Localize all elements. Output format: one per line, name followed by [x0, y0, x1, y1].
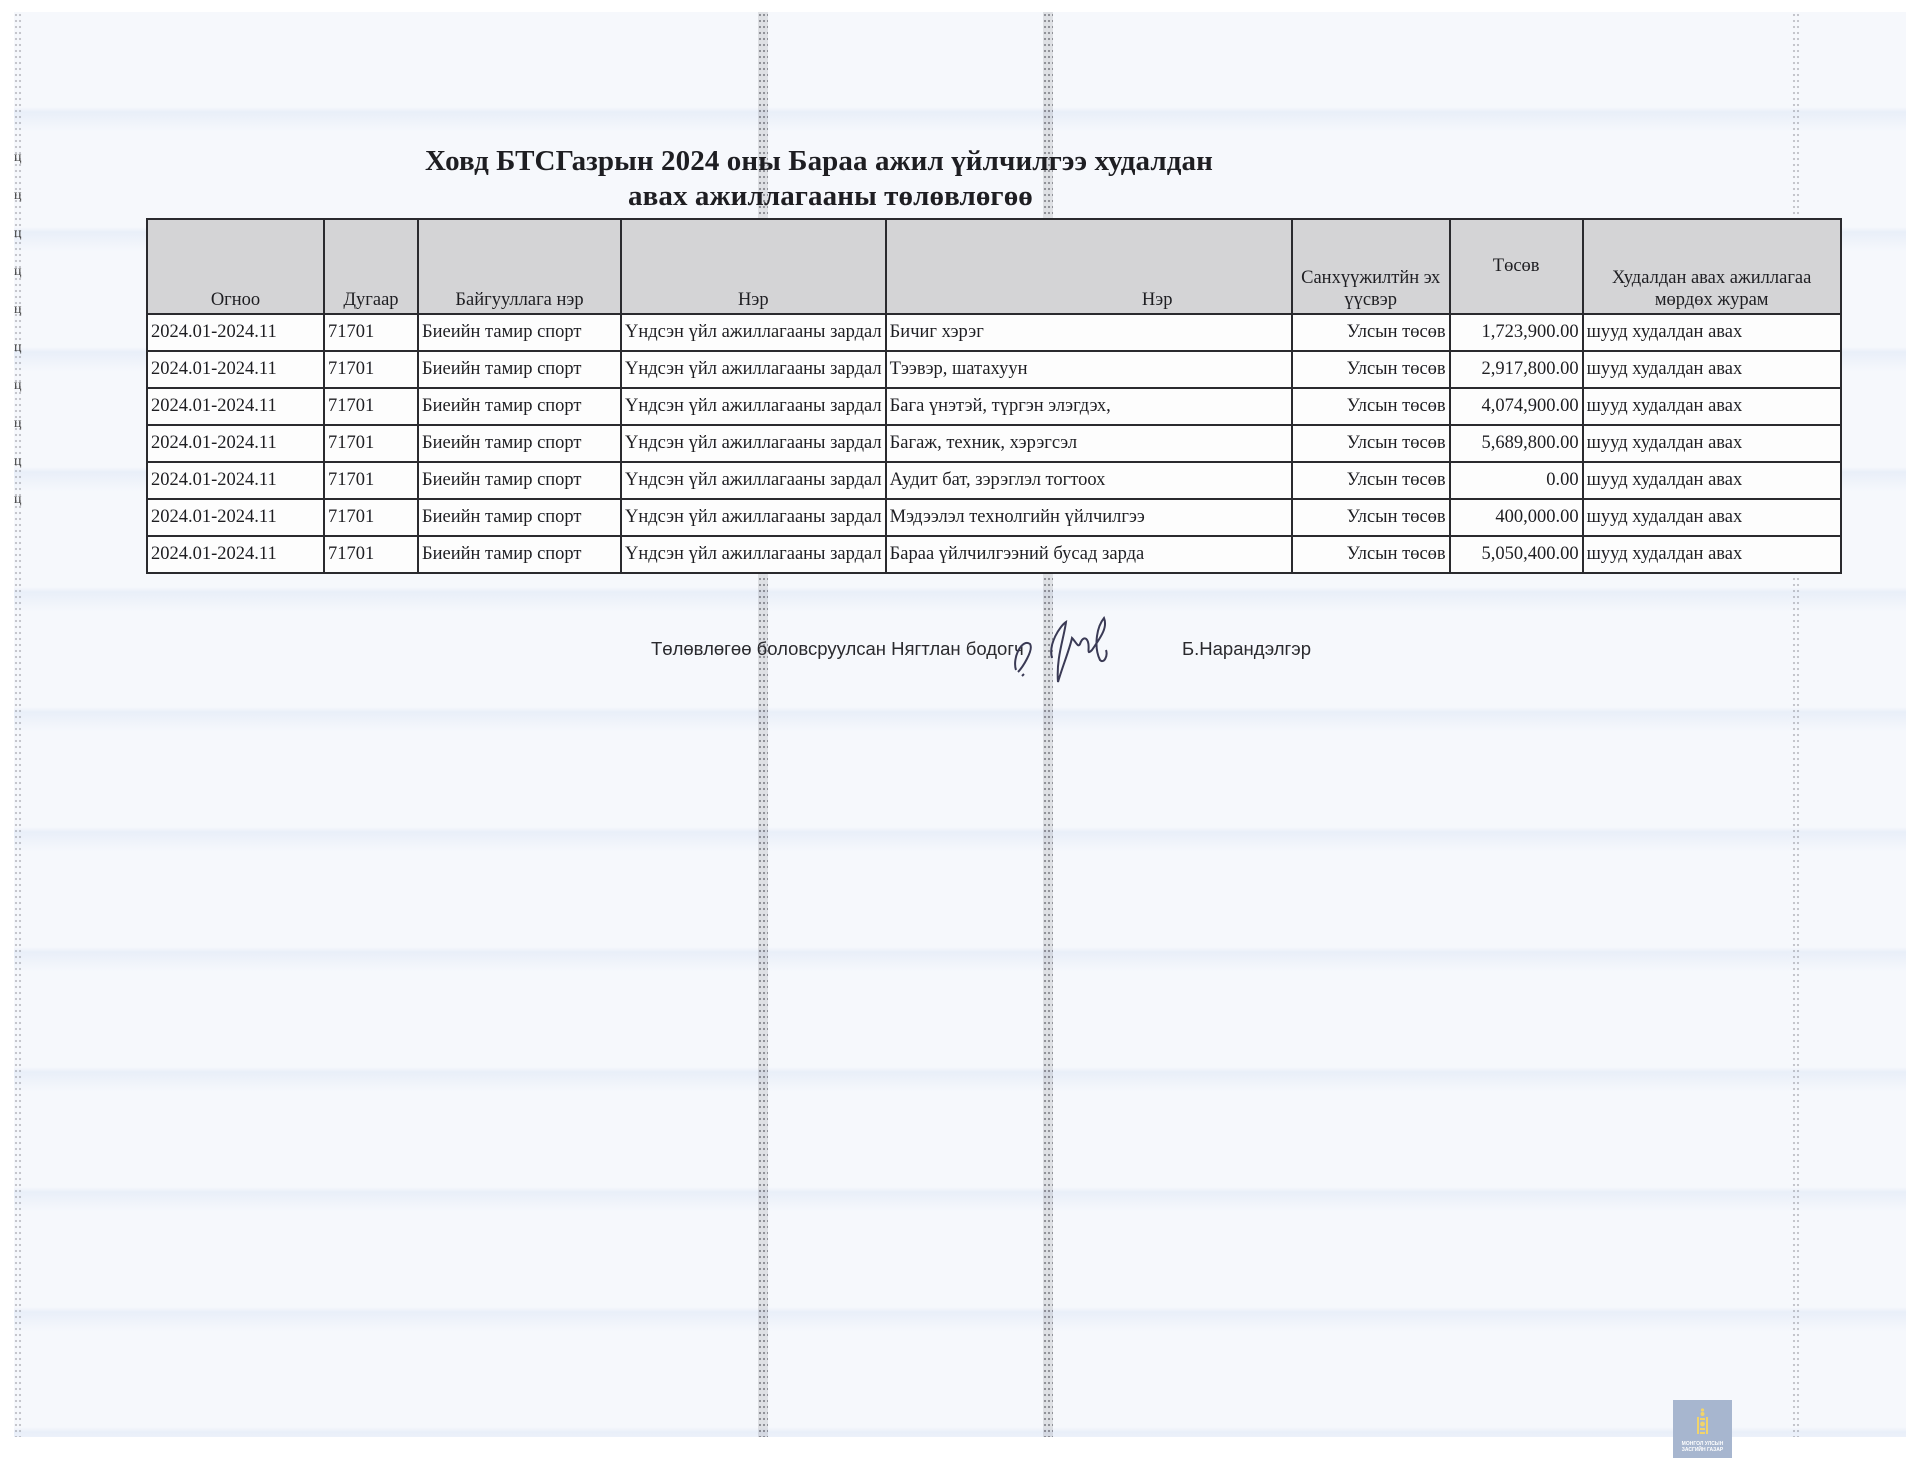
cell-number: 71701 [324, 351, 418, 388]
cell-number: 71701 [324, 425, 418, 462]
table-row: 2024.01-2024.1171701Биеийн тамир спортҮн… [147, 314, 1841, 351]
cell-number: 71701 [324, 536, 418, 573]
cell-expense-name: Үндсэн үйл ажиллагааны зардал [621, 499, 886, 536]
cell-procurement-method: шууд худалдан авах [1583, 536, 1841, 573]
cell-number: 71701 [324, 388, 418, 425]
cell-procurement-method: шууд худалдан авах [1583, 314, 1841, 351]
table-row: 2024.01-2024.1171701Биеийн тамир спортҮн… [147, 536, 1841, 573]
cell-budget: 2,917,800.00 [1450, 351, 1583, 388]
cell-date: 2024.01-2024.11 [147, 462, 324, 499]
cell-organization: Биеийн тамир спорт [418, 314, 621, 351]
table-row: 2024.01-2024.1171701Биеийн тамир спортҮн… [147, 351, 1841, 388]
cell-expense-name: Үндсэн үйл ажиллагааны зардал [621, 425, 886, 462]
cell-procurement-method: шууд худалдан авах [1583, 499, 1841, 536]
cell-budget: 0.00 [1450, 462, 1583, 499]
signature-icon [1008, 608, 1138, 686]
cell-budget: 5,689,800.00 [1450, 425, 1583, 462]
header-budget: Төсөв [1450, 219, 1583, 314]
soyombo-emblem-icon [1697, 1408, 1708, 1436]
cell-item-name: Бараа үйлчилгээний бусад зарда [886, 536, 1292, 573]
cell-organization: Биеийн тамир спорт [418, 499, 621, 536]
header-procurement-method: Худалдан авах ажиллагаа мөрдөх журам [1583, 219, 1841, 314]
header-funding-source: Санхүүжилтйн эх үүсвэр [1292, 219, 1450, 314]
table-row: 2024.01-2024.1171701Биеийн тамир спортҮн… [147, 499, 1841, 536]
cell-organization: Биеийн тамир спорт [418, 425, 621, 462]
cell-funding-source: Улсын төсөв [1292, 536, 1450, 573]
table-row: 2024.01-2024.1171701Биеийн тамир спортҮн… [147, 425, 1841, 462]
cell-expense-name: Үндсэн үйл ажиллагааны зардал [621, 388, 886, 425]
cell-item-name: Аудит бат, зэрэглэл тогтоох [886, 462, 1292, 499]
logo-caption-line2: ЗАСГИЙН ГАЗАР [1673, 1447, 1732, 1453]
margin-marks: цццццццццц [14, 150, 28, 580]
cell-organization: Биеийн тамир спорт [418, 351, 621, 388]
cell-expense-name: Үндсэн үйл ажиллагааны зардал [621, 314, 886, 351]
prepared-by-label: Төлөвлөгөө боловсруулсан Нягтлан бодогч [651, 638, 1024, 660]
document-title-line1: Ховд БТСГазрын 2024 оны Бараа ажил үйлчи… [425, 145, 1920, 178]
header-organization: Байгууллага нэр [418, 219, 621, 314]
cell-procurement-method: шууд худалдан авах [1583, 388, 1841, 425]
document-title-line2: авах ажиллагааны төлөвлөгөө [628, 180, 1920, 213]
cell-item-name: Бага үнэтэй, түргэн элэгдэх, [886, 388, 1292, 425]
table-header-row: Огноо Дугаар Байгууллага нэр Нэр Нэр Сан… [147, 219, 1841, 314]
procurement-plan-table: Огноо Дугаар Байгууллага нэр Нэр Нэр Сан… [146, 218, 1842, 574]
cell-number: 71701 [324, 314, 418, 351]
cell-funding-source: Улсын төсөв [1292, 314, 1450, 351]
cell-funding-source: Улсын төсөв [1292, 462, 1450, 499]
cell-item-name: Багаж, техник, хэрэгсэл [886, 425, 1292, 462]
cell-item-name: Тээвэр, шатахуун [886, 351, 1292, 388]
cell-budget: 5,050,400.00 [1450, 536, 1583, 573]
cell-funding-source: Улсын төсөв [1292, 499, 1450, 536]
cell-item-name: Бичиг хэрэг [886, 314, 1292, 351]
cell-procurement-method: шууд худалдан авах [1583, 462, 1841, 499]
cell-date: 2024.01-2024.11 [147, 388, 324, 425]
header-date: Огноо [147, 219, 324, 314]
cell-date: 2024.01-2024.11 [147, 425, 324, 462]
cell-procurement-method: шууд худалдан авах [1583, 425, 1841, 462]
cell-funding-source: Улсын төсөв [1292, 425, 1450, 462]
cell-item-name: Мэдээлэл технолгийн үйлчилгээ [886, 499, 1292, 536]
cell-funding-source: Улсын төсөв [1292, 351, 1450, 388]
cell-budget: 1,723,900.00 [1450, 314, 1583, 351]
cell-organization: Биеийн тамир спорт [418, 462, 621, 499]
government-logo: МОНГОЛ УЛСЫН ЗАСГИЙН ГАЗАР [1673, 1400, 1732, 1458]
cell-date: 2024.01-2024.11 [147, 314, 324, 351]
cell-date: 2024.01-2024.11 [147, 499, 324, 536]
table-row: 2024.01-2024.1171701Биеийн тамир спортҮн… [147, 388, 1841, 425]
signer-name: Б.Нарандэлгэр [1182, 638, 1311, 660]
cell-number: 71701 [324, 462, 418, 499]
cell-date: 2024.01-2024.11 [147, 351, 324, 388]
cell-organization: Биеийн тамир спорт [418, 536, 621, 573]
cell-expense-name: Үндсэн үйл ажиллагааны зардал [621, 462, 886, 499]
header-number: Дугаар [324, 219, 418, 314]
cell-organization: Биеийн тамир спорт [418, 388, 621, 425]
cell-expense-name: Үндсэн үйл ажиллагааны зардал [621, 536, 886, 573]
cell-date: 2024.01-2024.11 [147, 536, 324, 573]
table-row: 2024.01-2024.1171701Биеийн тамир спортҮн… [147, 462, 1841, 499]
cell-number: 71701 [324, 499, 418, 536]
header-expense-name: Нэр [621, 219, 886, 314]
cell-budget: 400,000.00 [1450, 499, 1583, 536]
cell-expense-name: Үндсэн үйл ажиллагааны зардал [621, 351, 886, 388]
cell-procurement-method: шууд худалдан авах [1583, 351, 1841, 388]
header-item-name: Нэр [886, 219, 1292, 314]
cell-funding-source: Улсын төсөв [1292, 388, 1450, 425]
cell-budget: 4,074,900.00 [1450, 388, 1583, 425]
